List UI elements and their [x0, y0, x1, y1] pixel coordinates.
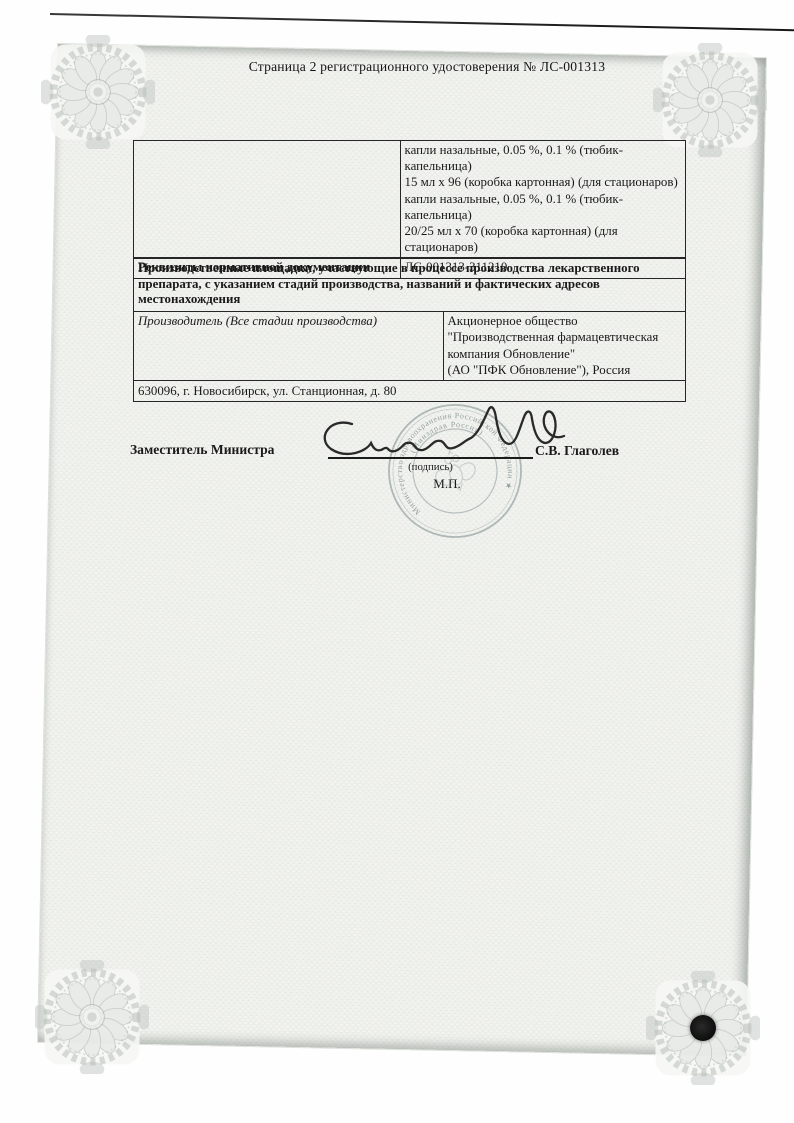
- dosage-line: 15 мл х 96 (коробка картонная) (для стац…: [405, 174, 682, 190]
- production-sites-header-cell: Производственные площадки, участвующие в…: [134, 259, 685, 312]
- handwritten-signature: [300, 390, 585, 475]
- producer-label-cell: Производитель (Все стадии производства): [134, 312, 443, 380]
- signer-title: Заместитель Министра: [130, 442, 274, 458]
- scan-artifact-line: [50, 13, 794, 31]
- dosage-form-label-cell: [134, 141, 400, 257]
- hole-punch-dot: [690, 1015, 716, 1041]
- dosage-form-value-cell: капли назальные, 0.05 %, 0.1 % (тюбик-ка…: [400, 141, 686, 257]
- dosage-line: 20/25 мл х 70 (коробка картонная) (для с…: [405, 223, 682, 255]
- producer-line: "Производственная фармацевтическая: [448, 329, 682, 345]
- producer-value-cell: Акционерное общество "Производственная ф…: [443, 312, 686, 380]
- rosette-ornament-bottom-left: [35, 960, 149, 1074]
- producer-line: Акционерное общество: [448, 313, 682, 329]
- production-sites-table: Производственные площадки, участвующие в…: [133, 258, 686, 402]
- producer-line: (АО "ПФК Обновление"), Россия: [448, 362, 682, 378]
- dosage-line: капли назальные, 0.05 %, 0.1 % (тюбик-ка…: [405, 142, 682, 174]
- producer-line: компания Обновление": [448, 346, 682, 362]
- seal-place-caption: М.П.: [328, 476, 566, 492]
- scanned-certificate-page: Страница 2 регистрационного удостоверени…: [0, 0, 794, 1123]
- table-row: Производитель (Все стадии производства) …: [134, 312, 685, 381]
- page-header: Страница 2 регистрационного удостоверени…: [64, 59, 790, 75]
- dosage-line: капли назальные, 0.05 %, 0.1 % (тюбик-ка…: [405, 191, 682, 223]
- rosette-ornament-top-left: [41, 35, 155, 149]
- table-row: капли назальные, 0.05 %, 0.1 % (тюбик-ка…: [134, 141, 685, 258]
